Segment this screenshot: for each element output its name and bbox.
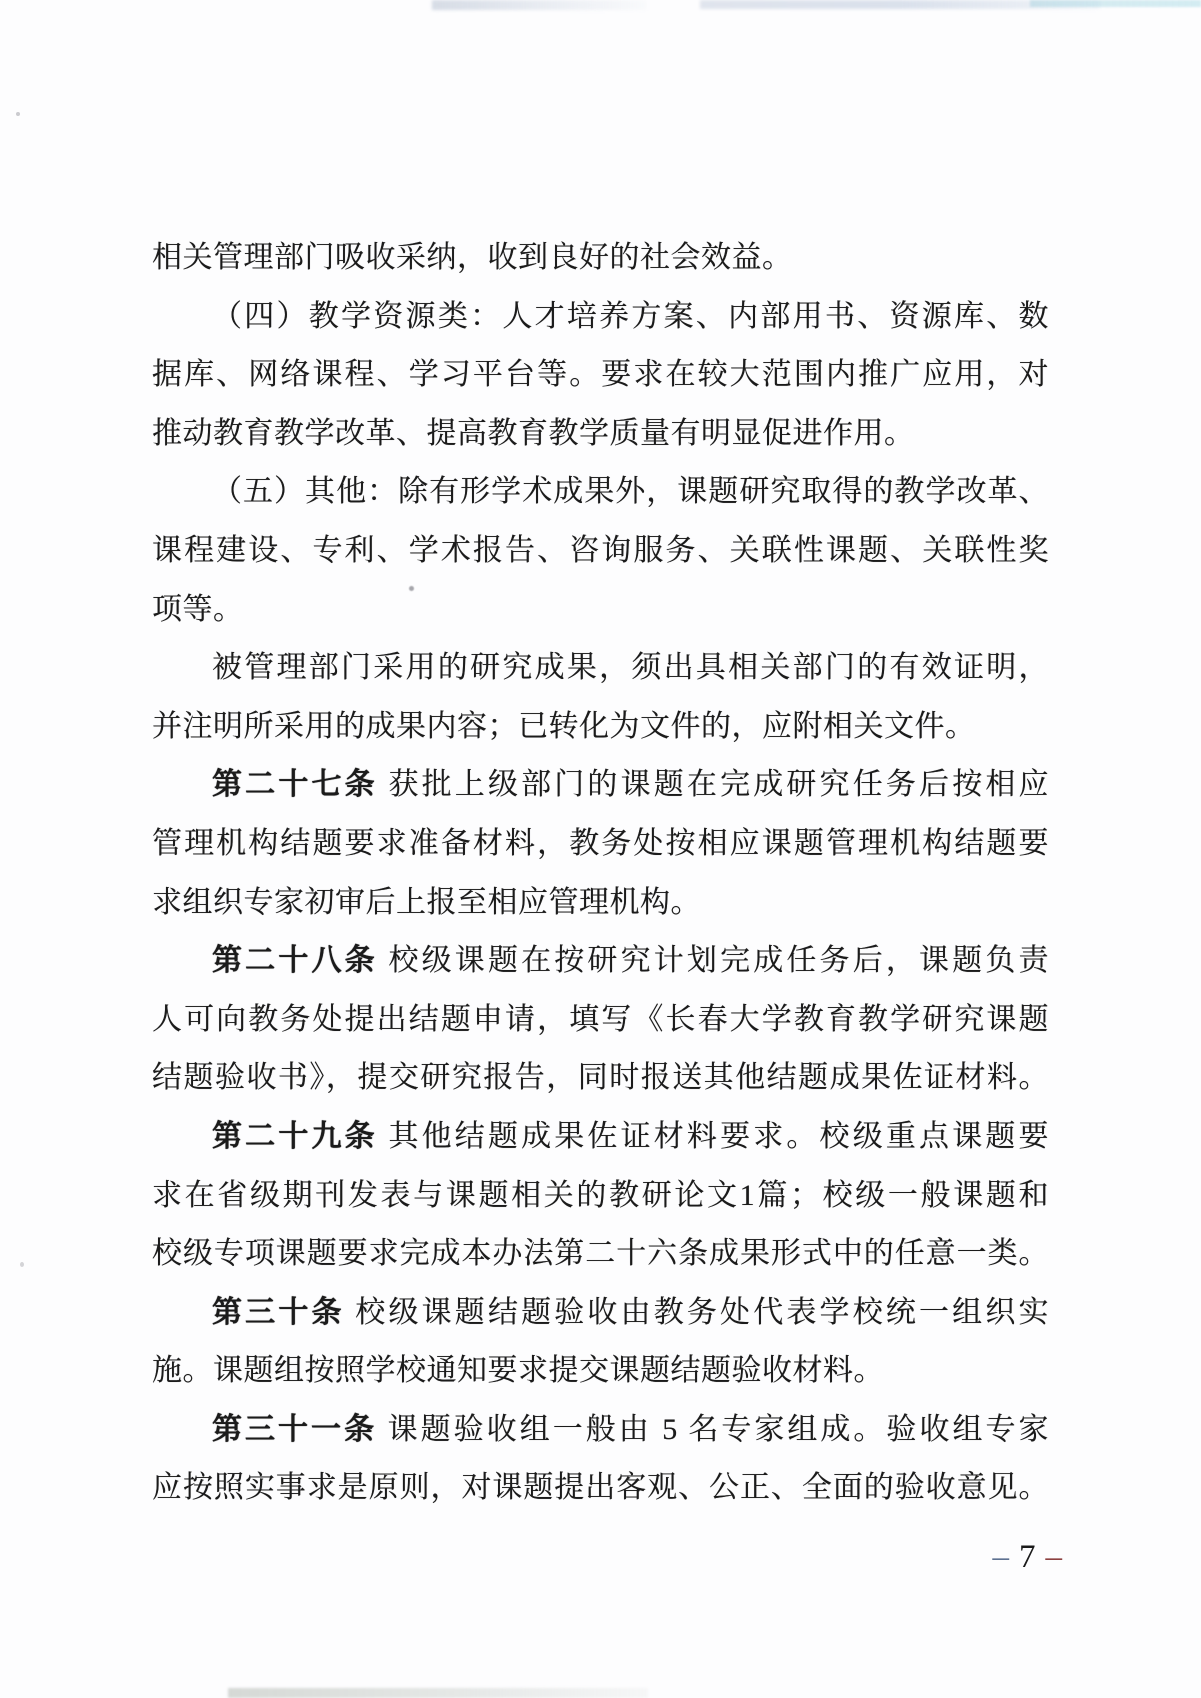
- article-number: 第二十七条: [212, 768, 378, 801]
- line-text: 结题验收书》，提交研究报告，同时报送其他结题成果佐证材料。: [152, 1061, 1049, 1094]
- line-text: 据库、网络课程、学习平台等。要求在较大范围内推广应用，对: [152, 358, 1049, 391]
- text-line: 第三十条 校级课题结题验收由教务处代表学校统一组织实: [152, 1284, 1049, 1343]
- text-line: 推动教育教学改革、提高教育教学质量有明显促进作用。: [152, 405, 1049, 464]
- scan-speck: [16, 112, 20, 116]
- text-line: 第三十一条 课题验收组一般由 5 名专家组成。验收组专家: [152, 1401, 1049, 1460]
- text-line: 校级专项课题要求完成本办法第二十六条成果形式中的任意一类。: [152, 1225, 1049, 1284]
- line-text: 并注明所采用的成果内容；已转化为文件的，应附相关文件。: [152, 710, 976, 743]
- text-line: 管理机构结题要求准备材料，教务处按相应课题管理机构结题要: [152, 815, 1049, 874]
- text-line: 施。课题组按照学校通知要求提交课题结题验收材料。: [152, 1342, 1049, 1401]
- text-line: 人可向教务处提出结题申请，填写《长春大学教育教学研究课题: [152, 991, 1049, 1050]
- text-line: 第二十七条 获批上级部门的课题在完成研究任务后按相应: [152, 756, 1049, 815]
- scan-artifact-top-middle: [700, 0, 1100, 9]
- text-line: 结题验收书》，提交研究报告，同时报送其他结题成果佐证材料。: [152, 1049, 1049, 1108]
- line-text: 课程建设、专利、学术报告、咨询服务、关联性课题、关联性奖: [152, 534, 1049, 567]
- page-number: –7–: [152, 1537, 1062, 1577]
- line-text: （四）教学资源类：人才培养方案、内部用书、资源库、数: [212, 300, 1049, 333]
- text-line: 第二十九条 其他结题成果佐证材料要求。校级重点课题要: [152, 1108, 1049, 1167]
- page-number-value: 7: [1009, 1539, 1046, 1575]
- text-line: （五）其他：除有形学术成果外，课题研究取得的教学改革、: [152, 463, 1049, 522]
- text-line: 并注明所采用的成果内容；已转化为文件的，应附相关文件。: [152, 698, 1049, 757]
- text-line: 据库、网络课程、学习平台等。要求在较大范围内推广应用，对: [152, 346, 1049, 405]
- line-text: （五）其他：除有形学术成果外，课题研究取得的教学改革、: [212, 475, 1049, 508]
- line-text: 求组织专家初审后上报至相应管理机构。: [152, 886, 701, 919]
- line-text: 管理机构结题要求准备材料，教务处按相应课题管理机构结题要: [152, 827, 1049, 860]
- line-text: 课题验收组一般由 5 名专家组成。验收组专家: [377, 1413, 1049, 1446]
- line-text: 项等。: [152, 593, 244, 626]
- text-line: 第二十八条 校级课题在按研究计划完成任务后，课题负责: [152, 932, 1049, 991]
- scan-artifact-top-right: [1030, 0, 1201, 7]
- text-line: 应按照实事求是原则，对课题提出客观、公正、全面的验收意见。: [152, 1459, 1049, 1518]
- text-line: 课程建设、专利、学术报告、咨询服务、关联性课题、关联性奖: [152, 522, 1049, 581]
- line-text: 其他结题成果佐证材料要求。校级重点课题要: [378, 1120, 1049, 1153]
- scan-speck: [20, 1262, 24, 1267]
- article-number: 第二十九条: [212, 1120, 378, 1153]
- line-text: 校级专项课题要求完成本办法第二十六条成果形式中的任意一类。: [152, 1237, 1049, 1270]
- line-text: 推动教育教学改革、提高教育教学质量有明显促进作用。: [152, 417, 915, 450]
- text-line: 项等。: [152, 581, 1049, 640]
- text-line: 被管理部门采用的研究成果，须出具相关部门的有效证明，: [152, 639, 1049, 698]
- text-line: 求组织专家初审后上报至相应管理机构。: [152, 874, 1049, 933]
- article-number: 第二十八条: [212, 944, 378, 977]
- line-text: 人可向教务处提出结题申请，填写《长春大学教育教学研究课题: [152, 1003, 1049, 1036]
- line-text: 校级课题结题验收由教务处代表学校统一组织实: [345, 1296, 1049, 1329]
- page-number-dash-right: –: [1046, 1539, 1063, 1575]
- page-number-dash-left: –: [993, 1539, 1010, 1575]
- text-line: 求在省级期刊发表与课题相关的教研论文1篇；校级一般课题和: [152, 1167, 1049, 1226]
- scanned-document-page: 相关管理部门吸收采纳，收到良好的社会效益。（四）教学资源类：人才培养方案、内部用…: [0, 0, 1201, 1698]
- line-text: 相关管理部门吸收采纳，收到良好的社会效益。: [152, 241, 793, 274]
- line-text: 求在省级期刊发表与课题相关的教研论文1篇；校级一般课题和: [152, 1179, 1049, 1212]
- line-text: 校级课题在按研究计划完成任务后，课题负责: [378, 944, 1049, 977]
- line-text: 应按照实事求是原则，对课题提出客观、公正、全面的验收意见。: [152, 1471, 1049, 1504]
- document-body: 相关管理部门吸收采纳，收到良好的社会效益。（四）教学资源类：人才培养方案、内部用…: [152, 229, 1049, 1518]
- text-line: （四）教学资源类：人才培养方案、内部用书、资源库、数: [152, 288, 1049, 347]
- line-text: 施。课题组按照学校通知要求提交课题结题验收材料。: [152, 1354, 884, 1387]
- article-number: 第三十一条: [212, 1413, 377, 1446]
- scan-artifact-bottom: [228, 1688, 648, 1698]
- line-text: 获批上级部门的课题在完成研究任务后按相应: [378, 768, 1049, 801]
- article-number: 第三十条: [212, 1296, 345, 1329]
- line-text: 被管理部门采用的研究成果，须出具相关部门的有效证明，: [212, 651, 1049, 684]
- text-line: 相关管理部门吸收采纳，收到良好的社会效益。: [152, 229, 1049, 288]
- scan-artifact-top-left: [432, 0, 647, 10]
